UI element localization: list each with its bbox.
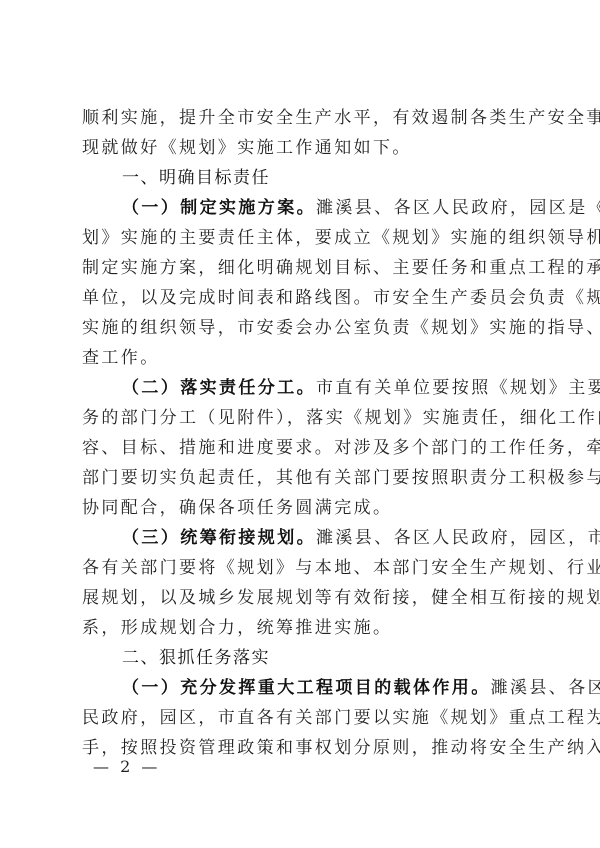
- body-line: 部门要切实负起责任，其他有关部门要按照职责分工积极参与，: [82, 463, 524, 493]
- body-line: 划》实施的主要责任主体，要成立《规划》实施的组织领导机构，: [82, 223, 524, 253]
- body-line: 民政府，园区，市直各有关部门要以实施《规划》重点工程为抓: [82, 703, 524, 733]
- body-line: 单位，以及完成时间表和路线图。市安全生产委员会负责《规划》: [82, 283, 524, 313]
- subsection-title: （三）统筹衔接规划。: [122, 528, 316, 548]
- document-body: 顺利实施，提升全市安全生产水平，有效遏制各类生产安全事故， 现就做好《规划》实施…: [82, 103, 524, 763]
- section-heading-1: 一、明确目标责任: [82, 163, 524, 193]
- section-heading-2: 二、狠抓任务落实: [82, 643, 524, 673]
- body-text: 濉溪县、各区人民政府，园区，市直: [316, 528, 600, 548]
- body-line: 务的部门分工（见附件），落实《规划》实施责任，细化工作内: [82, 403, 524, 433]
- body-line: 制定实施方案，细化明确规划目标、主要任务和重点工程的承载: [82, 253, 524, 283]
- body-text: 濉溪县、各区人民政府，园区是《规: [316, 198, 600, 218]
- body-line: 容、目标、措施和进度要求。对涉及多个部门的工作任务，牵头: [82, 433, 524, 463]
- body-text: 市直有关单位要按照《规划》主要任: [316, 378, 600, 398]
- subsection-1-2: （二）落实责任分工。市直有关单位要按照《规划》主要任: [82, 373, 524, 403]
- body-line: 现就做好《规划》实施工作通知如下。: [82, 133, 524, 163]
- body-line: 顺利实施，提升全市安全生产水平，有效遏制各类生产安全事故，: [82, 103, 524, 133]
- subsection-title: （一）充分发挥重大工程项目的载体作用。: [122, 678, 491, 698]
- subsection-title: （二）落实责任分工。: [122, 378, 316, 398]
- body-line: 展规划，以及城乡发展规划等有效衔接，健全相互衔接的规划体: [82, 583, 524, 613]
- body-line: 查工作。: [82, 343, 524, 373]
- subsection-title: （一）制定实施方案。: [122, 198, 316, 218]
- document-page: 顺利实施，提升全市安全生产水平，有效遏制各类生产安全事故， 现就做好《规划》实施…: [0, 0, 600, 848]
- subsection-1-1: （一）制定实施方案。濉溪县、各区人民政府，园区是《规: [82, 193, 524, 223]
- subsection-1-3: （三）统筹衔接规划。濉溪县、各区人民政府，园区，市直: [82, 523, 524, 553]
- body-line: 各有关部门要将《规划》与本地、本部门安全生产规划、行业发: [82, 553, 524, 583]
- body-line: 实施的组织领导，市安委会办公室负责《规划》实施的指导、督: [82, 313, 524, 343]
- body-line: 系，形成规划合力，统筹推进实施。: [82, 613, 524, 643]
- subsection-2-1: （一）充分发挥重大工程项目的载体作用。濉溪县、各区人: [82, 673, 524, 703]
- body-line: 协同配合，确保各项任务圆满完成。: [82, 493, 524, 523]
- body-text: 濉溪县、各区人: [491, 678, 600, 698]
- page-number: — 2 —: [93, 757, 160, 776]
